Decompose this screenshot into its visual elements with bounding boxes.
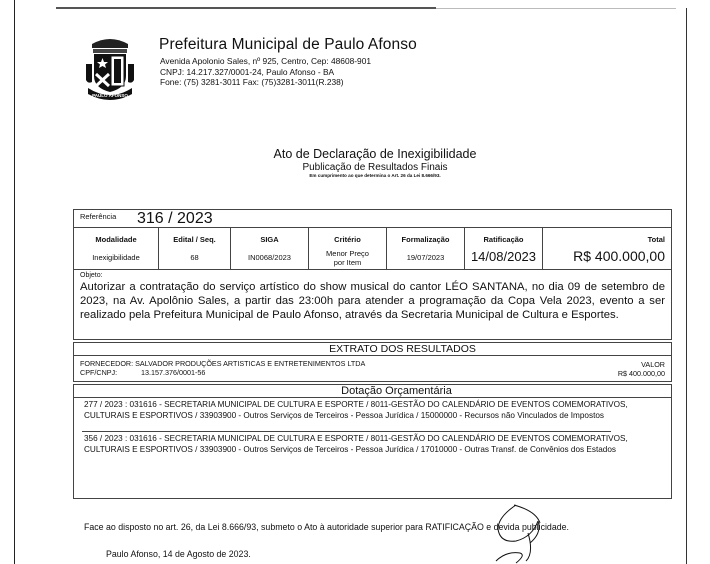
dotacao-header: Dotação Orçamentária (73, 384, 672, 398)
cell-modalidade: Modalidade Inexigibilidade (74, 228, 159, 269)
objeto-box: Objeto: Autorizar a contratação do servi… (73, 269, 672, 340)
svg-text:PAULO AFONSO: PAULO AFONSO (92, 93, 128, 98)
details-table: Modalidade Inexigibilidade Edital / Seq.… (73, 228, 672, 269)
extrato-title: EXTRATO DOS RESULTADOS (74, 343, 671, 355)
extrato-header: EXTRATO DOS RESULTADOS (73, 342, 672, 356)
document-title-block: Ato de Declaração de Inexigibilidade Pub… (230, 147, 520, 179)
extrato-body: FORNECEDOR: SALVADOR PRODUÇÕES ARTISTICA… (73, 356, 672, 382)
reference-label: Referência (80, 212, 116, 221)
org-address: Avenida Apolonio Sales, nº 925, Centro, … (160, 56, 371, 66)
reference-value: 316 / 2023 (137, 210, 213, 228)
document-subtitle: Publicação de Resultados Finais (230, 162, 520, 173)
dotacao-item: 356 / 2023 : 031616 - SECRETARIA MUNICIP… (84, 434, 663, 456)
cell-criterio: Critério Menor Preço por Item (309, 228, 387, 269)
dotacao-title: Dotação Orçamentária (74, 385, 671, 397)
cnpj-value: 13.157.376/0001-56 (141, 368, 205, 377)
org-cnpj: CNPJ: 14.217.327/0001-24, Paulo Afonso -… (160, 67, 334, 77)
dotacao-separator (82, 431, 611, 432)
place-date: Paulo Afonso, 14 de Agosto de 2023. (106, 549, 251, 559)
valor-label: VALOR (641, 360, 665, 369)
top-rule-faint (436, 8, 676, 9)
cell-formalizacao: Formalização 19/07/2023 (387, 228, 465, 269)
org-phone: Fone: (75) 3281-3011 Fax: (75)3281-3011(… (160, 77, 344, 87)
municipal-coat-of-arms-icon: PAULO AFONSO (82, 34, 138, 102)
fornecedor: FORNECEDOR: SALVADOR PRODUÇÕES ARTISTICA… (80, 359, 365, 368)
cell-ratificacao: Ratificação 14/08/2023 (465, 228, 543, 269)
dotacao-item: 277 / 2023 : 031616 - SECRETARIA MUNICIP… (84, 400, 663, 422)
handwritten-signature-icon (486, 503, 586, 564)
closing-text: Face ao disposto no art. 26, da Lei 8.66… (84, 522, 684, 533)
legal-note: Em cumprimento ao que determina o Art. 2… (230, 173, 520, 179)
org-name: Prefeitura Municipal de Paulo Afonso (159, 36, 417, 54)
document-title: Ato de Declaração de Inexigibilidade (230, 147, 520, 162)
cell-siga: SIGA IN0068/2023 (231, 228, 309, 269)
objeto-text: Autorizar a contratação do serviço artís… (80, 280, 665, 322)
valor-value: R$ 400.000,00 (618, 369, 665, 378)
cell-edital: Edital / Seq. 68 (159, 228, 231, 269)
page-frame-left (14, 0, 15, 564)
reference-box: Referência 316 / 2023 (73, 209, 672, 228)
cell-total: Total R$ 400.000,00 (543, 228, 671, 269)
page-frame-right (686, 8, 687, 564)
top-rule (56, 7, 436, 9)
dotacao-body: 277 / 2023 : 031616 - SECRETARIA MUNICIP… (73, 398, 672, 499)
cnpj-label: CPF/CNPJ: (80, 368, 117, 377)
objeto-label: Objeto: (80, 272, 103, 279)
